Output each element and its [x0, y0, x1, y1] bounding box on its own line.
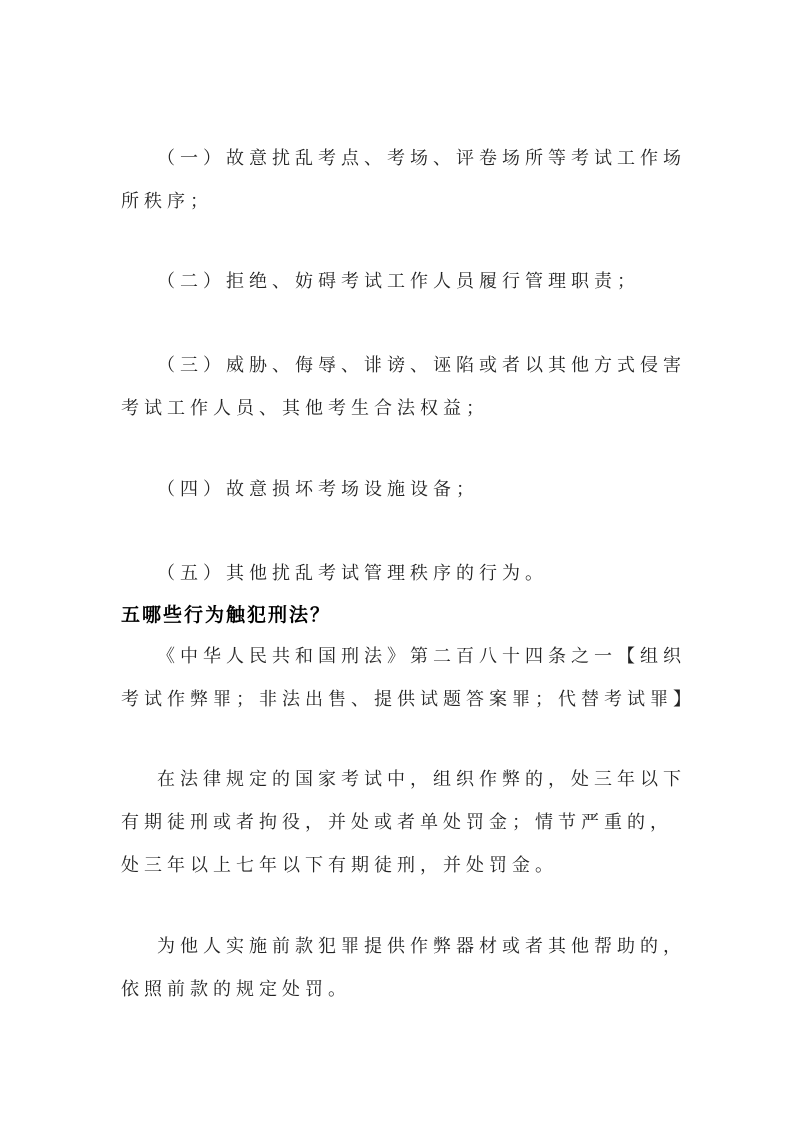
item-3-line-2: 考试工作人员、其他考生合法权益； [121, 397, 489, 421]
item-2-line-1: （二）拒绝、妨碍考试工作人员履行管理职责； [157, 270, 640, 294]
paragraph-1-line-2: 有期徒刑或者拘役，并处或者单处罚金；情节严重的， [121, 811, 673, 835]
item-4-line-1: （四）故意损坏考场设施设备； [157, 478, 479, 502]
law-reference-line-1: 《中华人民共和国刑法》第二百八十四条之一【组织 [157, 645, 686, 669]
paragraph-1-line-1: 在法律规定的国家考试中，组织作弊的，处三年以下 [157, 768, 686, 792]
law-reference-line-2: 考试作弊罪；非法出售、提供试题答案罪；代替考试罪】 [121, 688, 696, 712]
paragraph-2-line-2: 依照前款的规定处罚。 [121, 978, 351, 1002]
item-1-line-2: 所秩序； [121, 190, 213, 214]
document-page: （一）故意扰乱考点、考场、评卷场所等考试工作场 所秩序； （二）拒绝、妨碍考试工… [0, 0, 793, 1122]
item-3-line-1: （三）威胁、侮辱、诽谤、诬陷或者以其他方式侵害 [157, 354, 686, 378]
section-heading: 五哪些行为触犯刑法？ [121, 603, 331, 627]
paragraph-1-line-3: 处三年以上七年以下有期徒刑，并处罚金。 [121, 854, 558, 878]
item-5-line-1: （五）其他扰乱考试管理秩序的行为。 [157, 562, 548, 586]
paragraph-2-line-1: 为他人实施前款犯罪提供作弊器材或者其他帮助的， [157, 935, 686, 959]
item-1-line-1: （一）故意扰乱考点、考场、评卷场所等考试工作场 [157, 147, 686, 171]
